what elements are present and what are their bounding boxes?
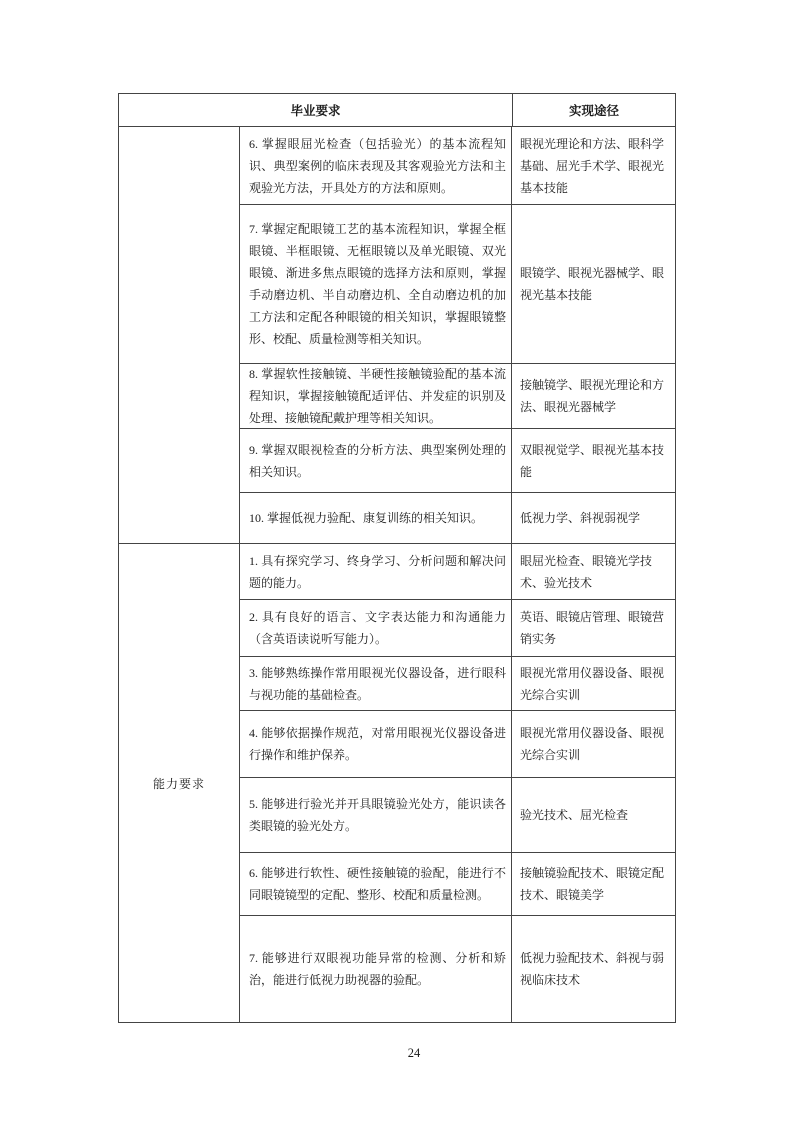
table-row: 6. 掌握眼屈光检查（包括验光）的基本流程知识、典型案例的临床表现及其客观验光方… [240, 127, 675, 205]
path-cell: 验光技术、屈光检查 [512, 778, 675, 852]
path-cell: 眼视光常用仪器设备、眼视光综合实训 [512, 711, 675, 777]
requirement-cell: 9. 掌握双眼视检查的分析方法、典型案例处理的相关知识。 [240, 429, 512, 492]
requirement-cell: 2. 具有良好的语言、文字表达能力和沟通能力（含英语读说听写能力）。 [240, 600, 512, 656]
table-row: 5. 能够进行验光并开具眼镜验光处方，能识读各类眼镜的验光处方。 验光技术、屈光… [240, 778, 675, 853]
table-row: 2. 具有良好的语言、文字表达能力和沟通能力（含英语读说听写能力）。 英语、眼镜… [240, 600, 675, 657]
requirement-cell: 3. 能够熟练操作常用眼视光仪器设备，进行眼科与视功能的基础检查。 [240, 657, 512, 710]
requirements-table: 毕业要求 实现途径 6. 掌握眼屈光检查（包括验光）的基本流程知识、典型案例的临… [118, 93, 676, 1023]
table-row: 6. 能够进行软性、硬性接触镜的验配，能进行不同眼镜镜型的定配、整形、校配和质量… [240, 853, 675, 916]
header-implementation-path: 实现途径 [513, 94, 675, 126]
path-cell: 眼视光常用仪器设备、眼视光综合实训 [512, 657, 675, 710]
path-cell: 眼镜学、眼视光器械学、眼视光基本技能 [512, 205, 675, 363]
path-cell: 接触镜学、眼视光理论和方法、眼视光器械学 [512, 364, 675, 428]
path-cell: 眼屈光检查、眼镜光学技术、验光技术 [512, 544, 675, 599]
header-graduation-requirements: 毕业要求 [119, 94, 513, 126]
table-row: 1. 具有探究学习、终身学习、分析问题和解决问题的能力。 眼屈光检查、眼镜光学技… [240, 544, 675, 600]
table-row: 9. 掌握双眼视检查的分析方法、典型案例处理的相关知识。 双眼视觉学、眼视光基本… [240, 429, 675, 493]
requirement-cell: 10. 掌握低视力验配、康复训练的相关知识。 [240, 493, 512, 543]
path-cell: 英语、眼镜店管理、眼镜营销实务 [512, 600, 675, 656]
requirement-cell: 7. 能够进行双眼视功能异常的检测、分析和矫治，能进行低视力助视器的验配。 [240, 916, 512, 1022]
document-page: 毕业要求 实现途径 6. 掌握眼屈光检查（包括验光）的基本流程知识、典型案例的临… [0, 0, 793, 1122]
section-label-ability: 能力要求 [119, 544, 240, 1022]
requirement-cell: 7. 掌握定配眼镜工艺的基本流程知识，掌握全框眼镜、半框眼镜、无框眼镜以及单光眼… [240, 205, 512, 363]
requirement-cell: 6. 掌握眼屈光检查（包括验光）的基本流程知识、典型案例的临床表现及其客观验光方… [240, 127, 512, 204]
requirement-cell: 5. 能够进行验光并开具眼镜验光处方，能识读各类眼镜的验光处方。 [240, 778, 512, 852]
section-rows: 1. 具有探究学习、终身学习、分析问题和解决问题的能力。 眼屈光检查、眼镜光学技… [240, 544, 675, 1022]
ability-requirements-section: 能力要求 1. 具有探究学习、终身学习、分析问题和解决问题的能力。 眼屈光检查、… [119, 544, 675, 1022]
section-label [119, 127, 240, 543]
path-cell: 低视力验配技术、斜视与弱视临床技术 [512, 916, 675, 1022]
knowledge-requirements-section: 6. 掌握眼屈光检查（包括验光）的基本流程知识、典型案例的临床表现及其客观验光方… [119, 127, 675, 544]
table-row: 7. 掌握定配眼镜工艺的基本流程知识，掌握全框眼镜、半框眼镜、无框眼镜以及单光眼… [240, 205, 675, 364]
requirement-cell: 8. 掌握软性接触镜、半硬性接触镜验配的基本流程知识，掌握接触镜配适评估、并发症… [240, 364, 512, 428]
table-header-row: 毕业要求 实现途径 [119, 94, 675, 127]
table-row: 4. 能够依据操作规范，对常用眼视光仪器设备进行操作和维护保养。 眼视光常用仪器… [240, 711, 675, 778]
requirement-cell: 6. 能够进行软性、硬性接触镜的验配，能进行不同眼镜镜型的定配、整形、校配和质量… [240, 853, 512, 915]
section-rows: 6. 掌握眼屈光检查（包括验光）的基本流程知识、典型案例的临床表现及其客观验光方… [240, 127, 675, 543]
table-row: 8. 掌握软性接触镜、半硬性接触镜验配的基本流程知识，掌握接触镜配适评估、并发症… [240, 364, 675, 429]
page-number: 24 [0, 1046, 793, 1061]
path-cell: 接触镜验配技术、眼镜定配技术、眼镜美学 [512, 853, 675, 915]
table-row: 7. 能够进行双眼视功能异常的检测、分析和矫治，能进行低视力助视器的验配。 低视… [240, 916, 675, 1022]
path-cell: 双眼视觉学、眼视光基本技能 [512, 429, 675, 492]
requirement-cell: 4. 能够依据操作规范，对常用眼视光仪器设备进行操作和维护保养。 [240, 711, 512, 777]
path-cell: 眼视光理论和方法、眼科学基础、屈光手术学、眼视光基本技能 [512, 127, 675, 204]
table-row: 3. 能够熟练操作常用眼视光仪器设备，进行眼科与视功能的基础检查。 眼视光常用仪… [240, 657, 675, 711]
requirement-cell: 1. 具有探究学习、终身学习、分析问题和解决问题的能力。 [240, 544, 512, 599]
table-row: 10. 掌握低视力验配、康复训练的相关知识。 低视力学、斜视弱视学 [240, 493, 675, 543]
path-cell: 低视力学、斜视弱视学 [512, 493, 675, 543]
